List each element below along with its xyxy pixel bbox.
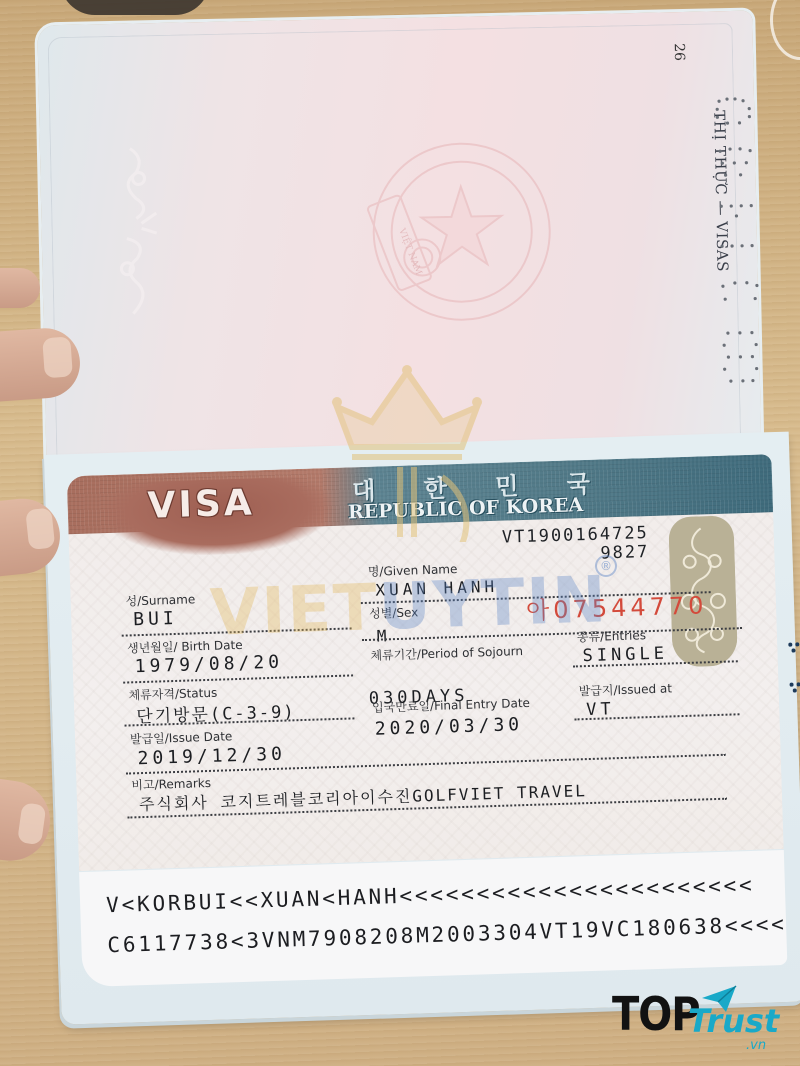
finger-top — [0, 268, 40, 308]
logo-trust-text: Trust — [688, 1002, 779, 1040]
period-of-sojourn-label: 체류기간/Period of Sojourn — [370, 642, 523, 664]
surname-value: BUI — [133, 608, 178, 630]
logo-domain-text: .vn — [746, 1038, 766, 1053]
cloud-ornament-icon — [100, 138, 164, 339]
issue-date-value: 2019/12/30 — [137, 744, 286, 770]
perforation-dots-icon — [787, 641, 800, 653]
watermark-text-part2: UYTIN — [377, 563, 609, 645]
perforation-dots-icon — [788, 681, 800, 693]
visa-number: VT1900164725 9827 — [502, 524, 650, 567]
final-entry-date-value: 2020/03/30 — [374, 714, 523, 740]
registered-mark: ® — [595, 555, 617, 577]
watermark-text-part1: VIET — [209, 571, 380, 651]
mrz-line-1: V<KORBUI<<XUAN<HANH<<<<<<<<<<<<<<<<<<<<<… — [106, 873, 755, 917]
issue-date-label: 발급일/Issue Date — [130, 727, 233, 747]
issued-at-label: 발급지/Issued at — [578, 679, 672, 699]
watermark-crown-icon — [322, 362, 492, 542]
machine-readable-zone: V<KORBUI<<XUAN<HANH<<<<<<<<<<<<<<<<<<<<<… — [79, 850, 787, 987]
perforated-number-icon — [708, 70, 775, 391]
birth-date-value: 1979/08/20 — [134, 652, 283, 678]
fingernail — [42, 336, 73, 378]
fingernail — [25, 508, 55, 550]
surname-label: 성/Surname — [125, 590, 195, 609]
toptrust-logo: TOP Trust .vn — [612, 990, 792, 1056]
mrz-line-2: C6117738<3VNM7908208M2003304VT19VC180638… — [107, 912, 787, 957]
page-number: 26 — [671, 43, 687, 61]
vietnam-emblem-icon: VIỆT NAM — [340, 125, 564, 340]
watermark-text: VIETUYTIN — [209, 563, 609, 651]
final-entry-date-label: 입국만료일/Final Entry Date — [372, 694, 530, 716]
logo-top-text: TOP — [612, 989, 700, 1042]
visa-title: VISA — [147, 482, 255, 526]
fingernail — [17, 802, 46, 845]
